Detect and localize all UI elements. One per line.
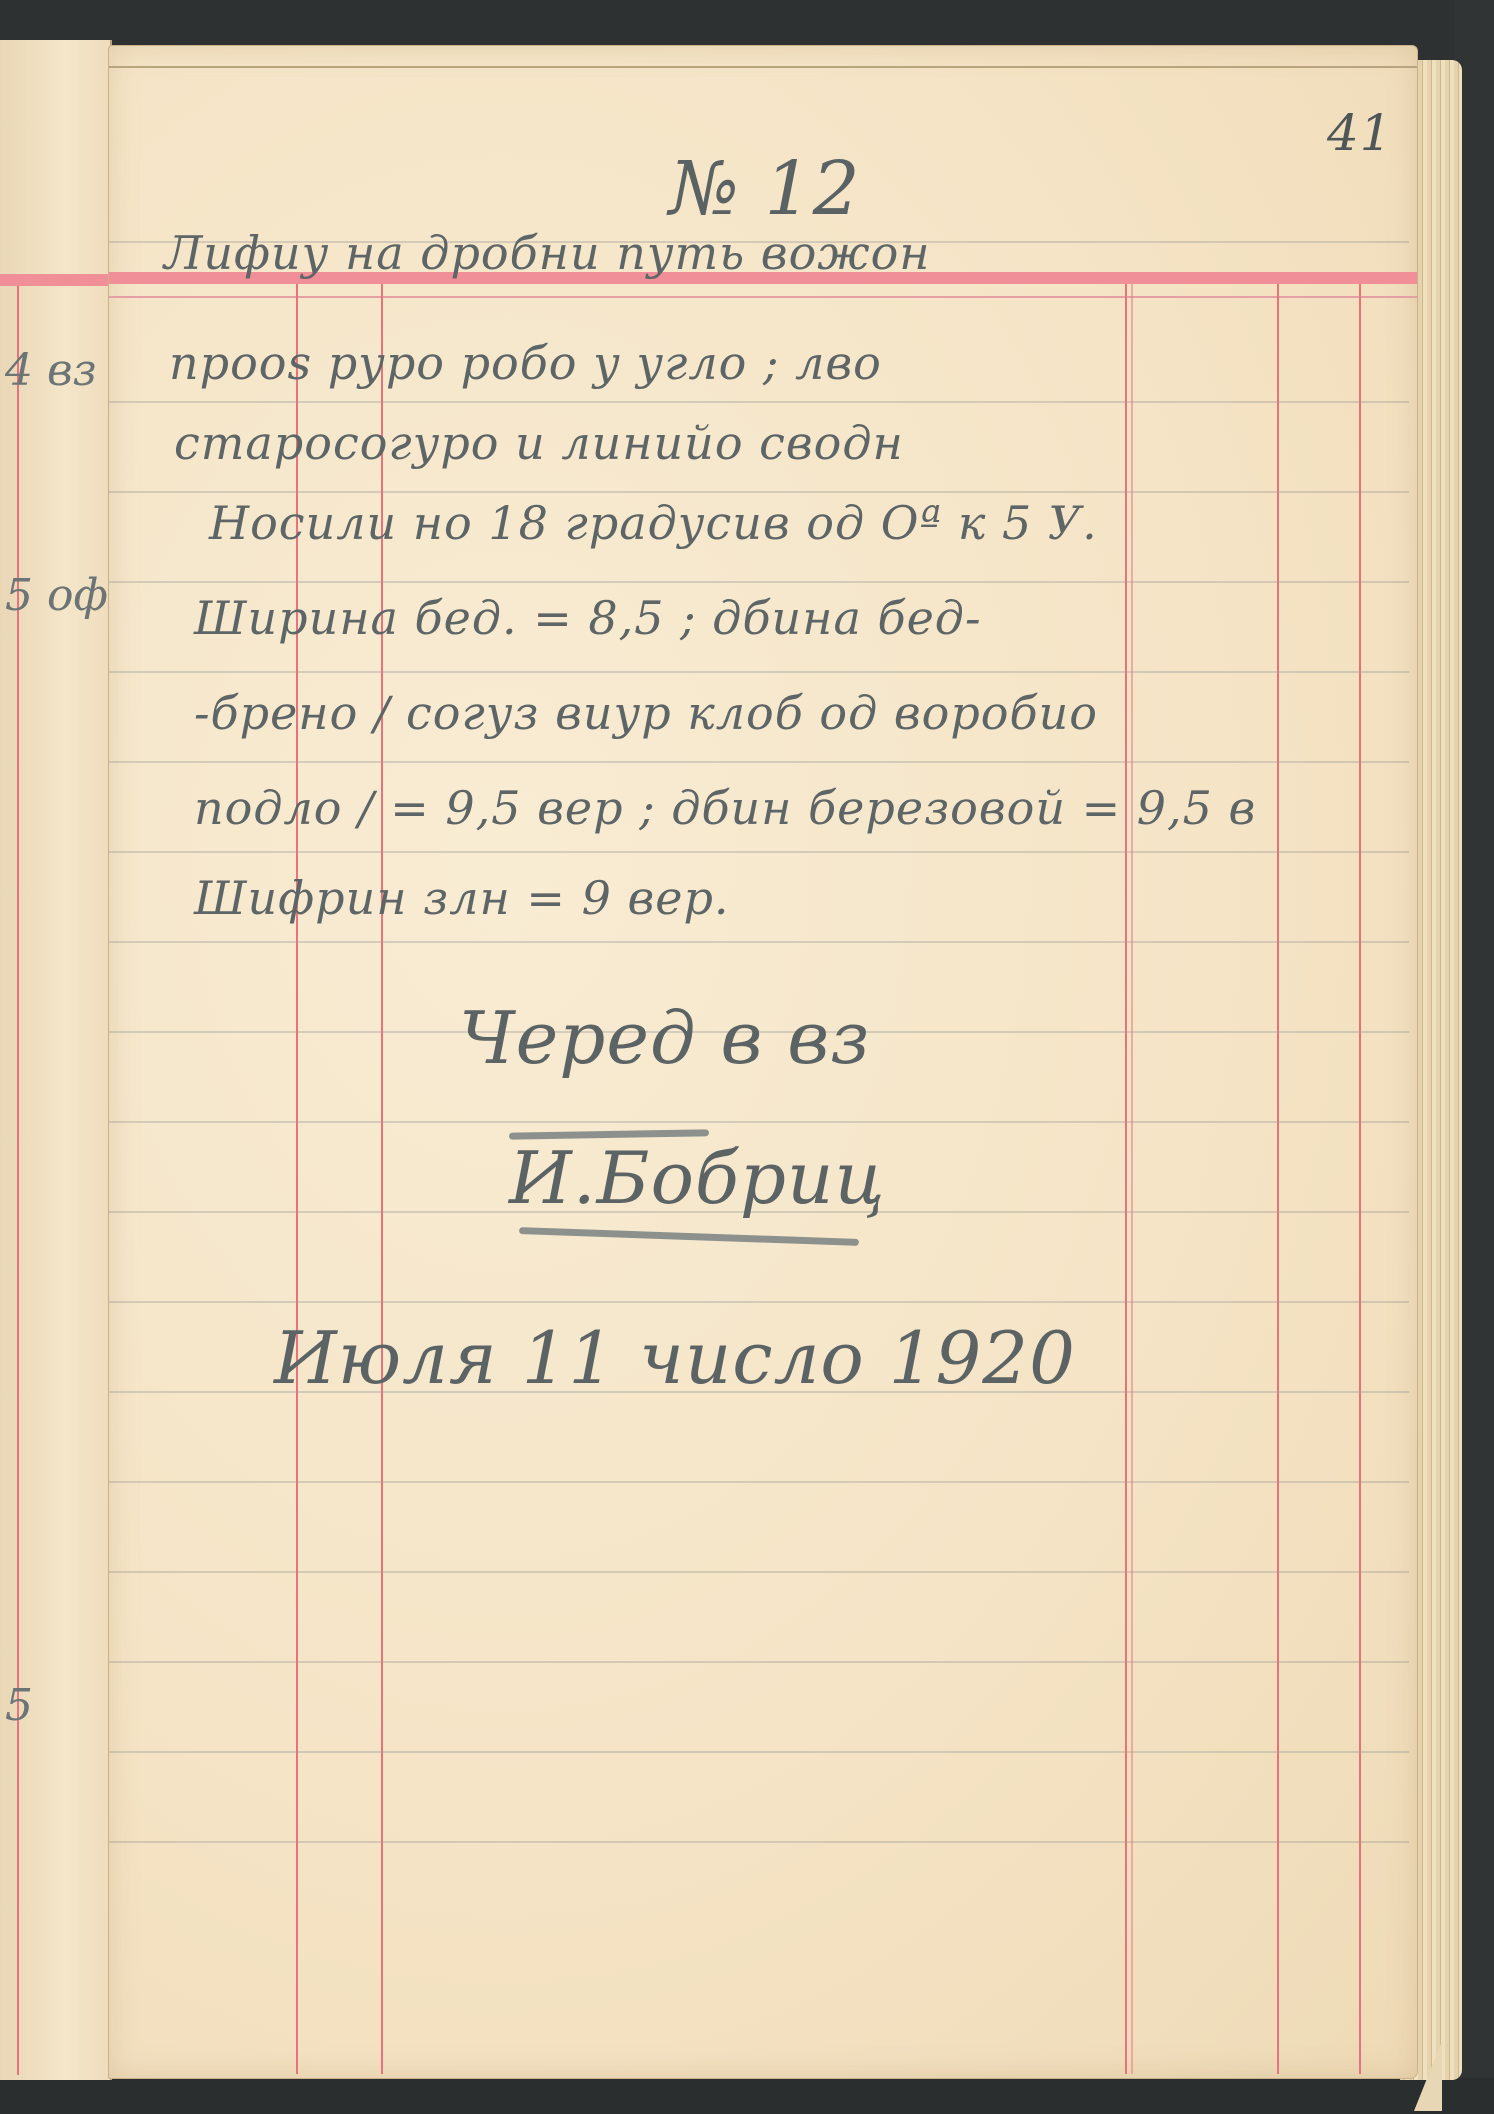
column-rule-5 bbox=[1359, 284, 1361, 2074]
margin-note-2: 5 оф bbox=[5, 570, 108, 621]
text-line-5: Ширина бед. = 8,5 ; дбина бед- bbox=[194, 591, 982, 645]
text-line-1: Лифиу на дробни путь вожон bbox=[164, 226, 931, 280]
scan-background-bottom bbox=[0, 2078, 1494, 2114]
left-page-header-rule bbox=[0, 274, 108, 286]
ruled-line bbox=[109, 491, 1409, 493]
ruled-line bbox=[109, 761, 1409, 763]
text-line-6: -брено / согуз виур клоб од воробио bbox=[194, 686, 1098, 740]
text-line-7: подло / = 9,5 вер ; дбин березовой = 9,5… bbox=[194, 781, 1256, 835]
page-top-edge bbox=[109, 46, 1417, 68]
margin-note-3: 5 bbox=[5, 1680, 33, 1731]
left-page-edge: 4 вз 5 оф 5 bbox=[0, 40, 112, 2080]
text-line-4: Носили но 18 градусив од Оª к 5 У. bbox=[209, 496, 1098, 550]
ruled-line bbox=[109, 1121, 1409, 1123]
column-rule-3b bbox=[1131, 284, 1133, 2074]
column-rule-4 bbox=[1277, 284, 1279, 2074]
text-line-2: проos руро робо у угло ; лво bbox=[169, 336, 882, 390]
ruled-line bbox=[109, 671, 1409, 673]
folded-corner bbox=[1414, 2041, 1442, 2111]
ruled-line bbox=[109, 1301, 1409, 1303]
column-rule-1 bbox=[296, 284, 298, 2074]
ruled-line bbox=[109, 1751, 1409, 1753]
text-line-8: Шифрин злн = 9 вер. bbox=[194, 871, 730, 925]
ledger-page: 41 № 12 Лифиу на дробни путь вожон проos… bbox=[108, 45, 1418, 2079]
page-number: 41 bbox=[1327, 104, 1393, 162]
closing-date-line: Июля 11 число 1920 bbox=[274, 1316, 1076, 1400]
left-page-red-rule bbox=[17, 275, 19, 2075]
ruled-line bbox=[109, 1841, 1409, 1843]
text-line-3: старосогуро и линийо сводн bbox=[174, 416, 904, 470]
ruled-line bbox=[109, 941, 1409, 943]
signature-underline-2 bbox=[519, 1227, 859, 1246]
margin-note-1: 4 вз bbox=[5, 345, 97, 396]
ruled-line bbox=[109, 401, 1409, 403]
ruled-line bbox=[109, 581, 1409, 583]
entry-number: № 12 bbox=[669, 146, 861, 232]
ruled-line bbox=[109, 851, 1409, 853]
header-red-rule-thin bbox=[109, 296, 1417, 298]
column-rule-3 bbox=[1125, 284, 1127, 2074]
signature-line-2: И.Бобриц bbox=[509, 1136, 886, 1220]
signature-line-1: Черед в вз bbox=[459, 996, 870, 1080]
ruled-line bbox=[109, 1481, 1409, 1483]
column-rule-2 bbox=[381, 284, 383, 2074]
ruled-line bbox=[109, 1661, 1409, 1663]
ruled-line bbox=[109, 1571, 1409, 1573]
